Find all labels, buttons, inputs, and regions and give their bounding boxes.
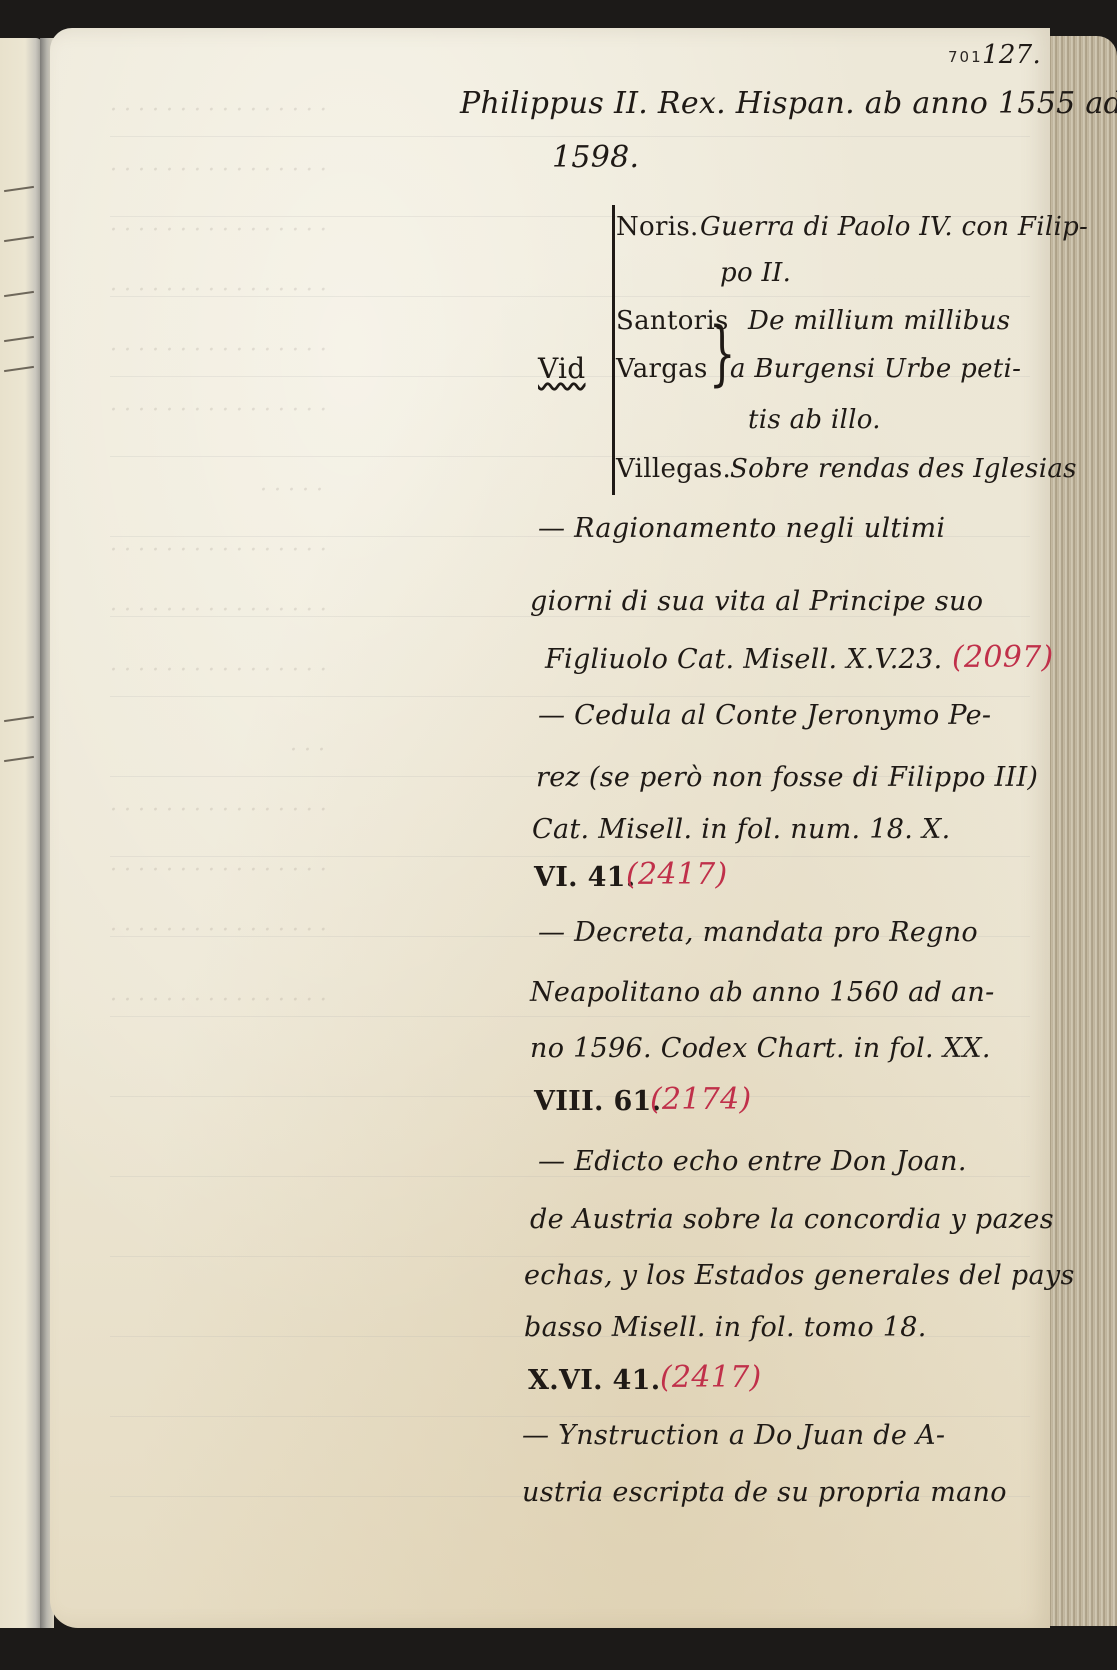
ref-text: De millium millibus (748, 306, 1010, 336)
entry-line: — Decreta, mandata pro Regno (538, 917, 978, 948)
shelfmark-red: (2417) (660, 1360, 762, 1395)
entry-line: ustria escripta de su propria mano (522, 1477, 1007, 1508)
entry-line: — Ynstruction a Do Juan de A- (522, 1420, 945, 1451)
ref-text-cont: po II. (720, 258, 791, 288)
entry-line: X.VI. 41. (528, 1365, 660, 1396)
ref-text-cont: tis ab illo. (748, 405, 881, 435)
previous-page-edge (0, 38, 42, 1628)
entry-line: giorni di sua vita al Principe suo (530, 586, 983, 617)
entry-line: echas, y los Estados generales del pays (524, 1260, 1075, 1291)
entry-line: Neapolitano ab anno 1560 ad an- (530, 977, 995, 1008)
entry-line: VI. 41. (534, 862, 635, 893)
entry-line: basso Misell. in fol. tomo 18. (524, 1312, 927, 1343)
entry-line: VIII. 61. (534, 1086, 661, 1117)
entry-line: de Austria sobre la concordia y pazes (530, 1204, 1054, 1235)
ref-author: Villegas. (616, 454, 731, 484)
ref-text: Sobre rendas des Iglesias (730, 454, 1077, 484)
entry-line: — Cedula al Conte Jeronymo Pe- (538, 700, 991, 731)
entry-line: no 1596. Codex Chart. in fol. XX. (530, 1033, 991, 1064)
ref-text: Guerra di Paolo IV. con Filip- (700, 212, 1088, 242)
page-block-edge (1040, 36, 1117, 1626)
shelfmark-red: (2097) (952, 640, 1054, 675)
heading-line-1: Philippus II. Rex. Hispan. ab anno 1555 … (460, 86, 1117, 121)
archive-stamp-number: 701 (948, 48, 983, 66)
vid-label: Vid (538, 352, 586, 385)
ref-author: Santoris (616, 306, 729, 336)
shelfmark-red: (2417) (626, 857, 728, 892)
ref-author: Vargas (616, 354, 708, 384)
entry-line: — Edicto echo entre Don Joan. (538, 1146, 967, 1177)
folio-number: 127. (982, 40, 1041, 70)
heading-line-2: 1598. (552, 140, 639, 175)
entry-line: Cat. Misell. in fol. num. 18. X. (532, 814, 950, 845)
entry-line: Figliuolo Cat. Misell. X.V.23. (545, 644, 942, 675)
shelfmark-red: (2174) (650, 1082, 752, 1117)
reference-bracket-line (612, 205, 615, 495)
entry-line: — Ragionamento negli ultimi (538, 513, 945, 544)
ref-text: a Burgensi Urbe peti- (730, 354, 1021, 384)
ref-author: Noris. (616, 212, 699, 242)
entry-line: rez (se però non fosse di Filippo III) (536, 762, 1038, 793)
